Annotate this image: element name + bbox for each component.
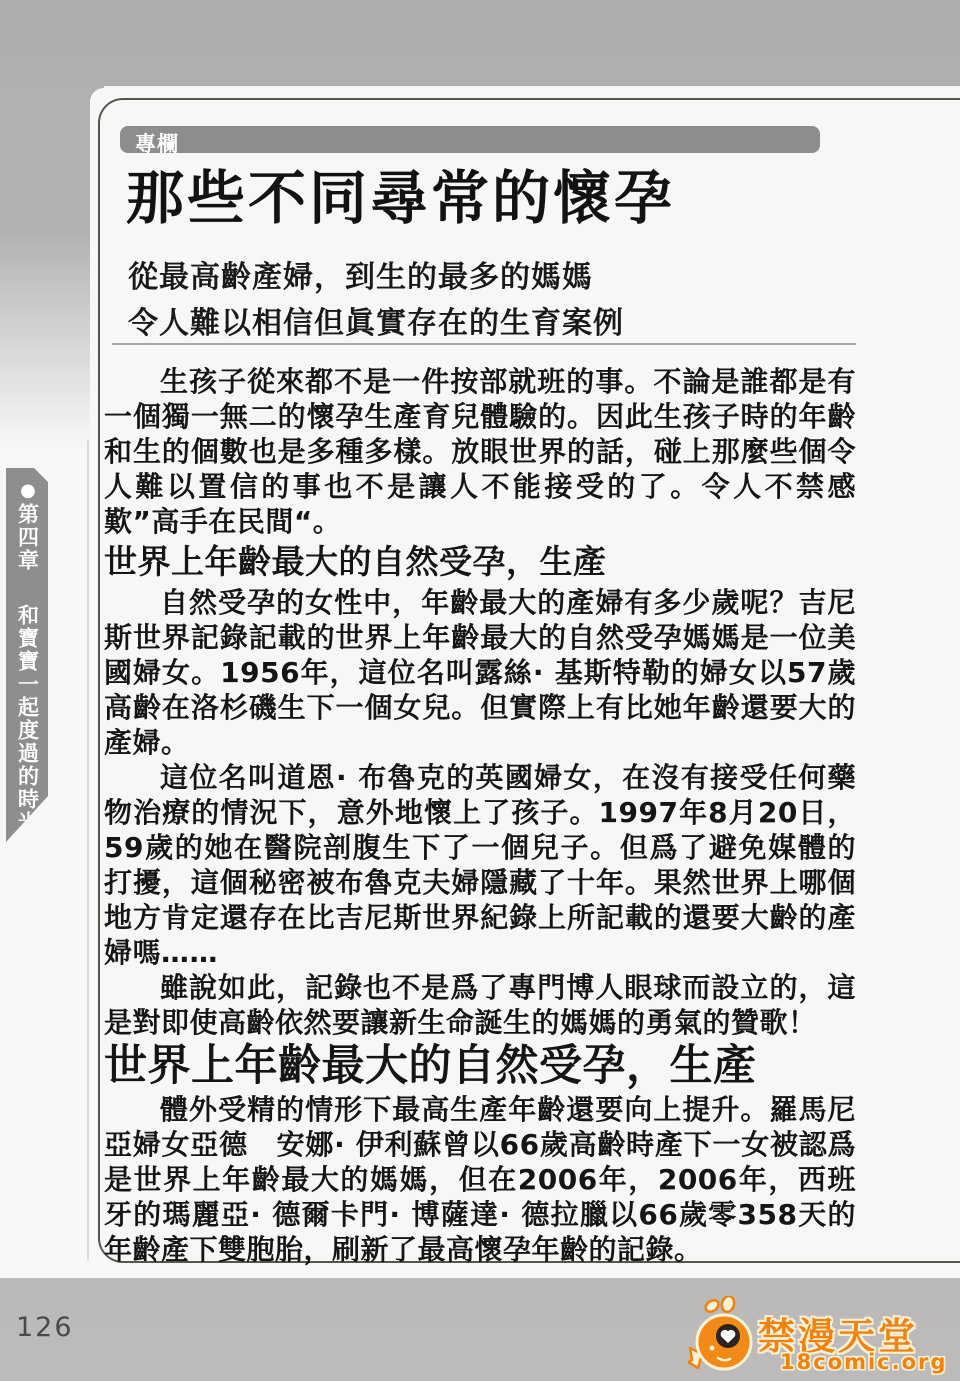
watermark-site-url: 18comic.org <box>780 1350 947 1374</box>
page-number: 126 <box>16 1312 74 1343</box>
header-divider <box>112 343 856 345</box>
section-heading: 世界上年齡最大的自然受孕，生產 <box>104 541 856 583</box>
article-paragraph: 體外受精的情形下最高生產年齡還要向上提升。羅馬尼亞婦女亞德 安娜· 伊利蘇曾以6… <box>104 1092 856 1267</box>
page-title: 那些不同尋常的懷孕 <box>126 165 675 232</box>
chapter-number: 第四章 <box>16 503 40 572</box>
subtitle-line-1: 從最高齡產婦，到生的最多的媽媽 <box>128 252 593 296</box>
chapter-title: 和寶寶一起度過的時光 <box>16 604 40 834</box>
article-paragraph: 自然受孕的女性中，年齡最大的產婦有多少歲呢？吉尼斯世界記錄記載的世界上年齡最大的… <box>104 585 856 760</box>
mascot-icon <box>688 1296 756 1376</box>
subtitle-line-2: 令人難以相信但眞實存在的生育案例 <box>128 298 624 342</box>
chapter-bullet-icon: ● <box>18 480 39 503</box>
article-body: 生孩子從來都不是一件按部就班的事。不論是誰都是有一個獨一無二的懷孕生產育兒體驗的… <box>104 364 856 1267</box>
section-heading: 世界上年齡最大的自然受孕，生產 <box>104 1040 856 1092</box>
column-badge-label: 專欄 <box>135 128 179 158</box>
article-paragraph: 生孩子從來都不是一件按部就班的事。不論是誰都是有一個獨一無二的懷孕生產育兒體驗的… <box>104 364 856 539</box>
article-paragraph: 雖說如此，記錄也不是爲了專門博人眼球而設立的，這是對即使高齡依然要讓新生命誕生的… <box>104 970 856 1040</box>
article-paragraph: 這位名叫道恩· 布魯克的英國婦女，在沒有接受任何藥物治療的情況下，意外地懷上了孩… <box>104 760 856 970</box>
chapter-tab-text: ●第四章和寶寶一起度過的時光 <box>17 480 38 834</box>
chapter-tab: ●第四章和寶寶一起度過的時光 <box>6 468 48 842</box>
watermark: 禁漫天堂 18comic.org <box>688 1294 948 1378</box>
column-badge-bar: 專欄 <box>120 126 820 153</box>
